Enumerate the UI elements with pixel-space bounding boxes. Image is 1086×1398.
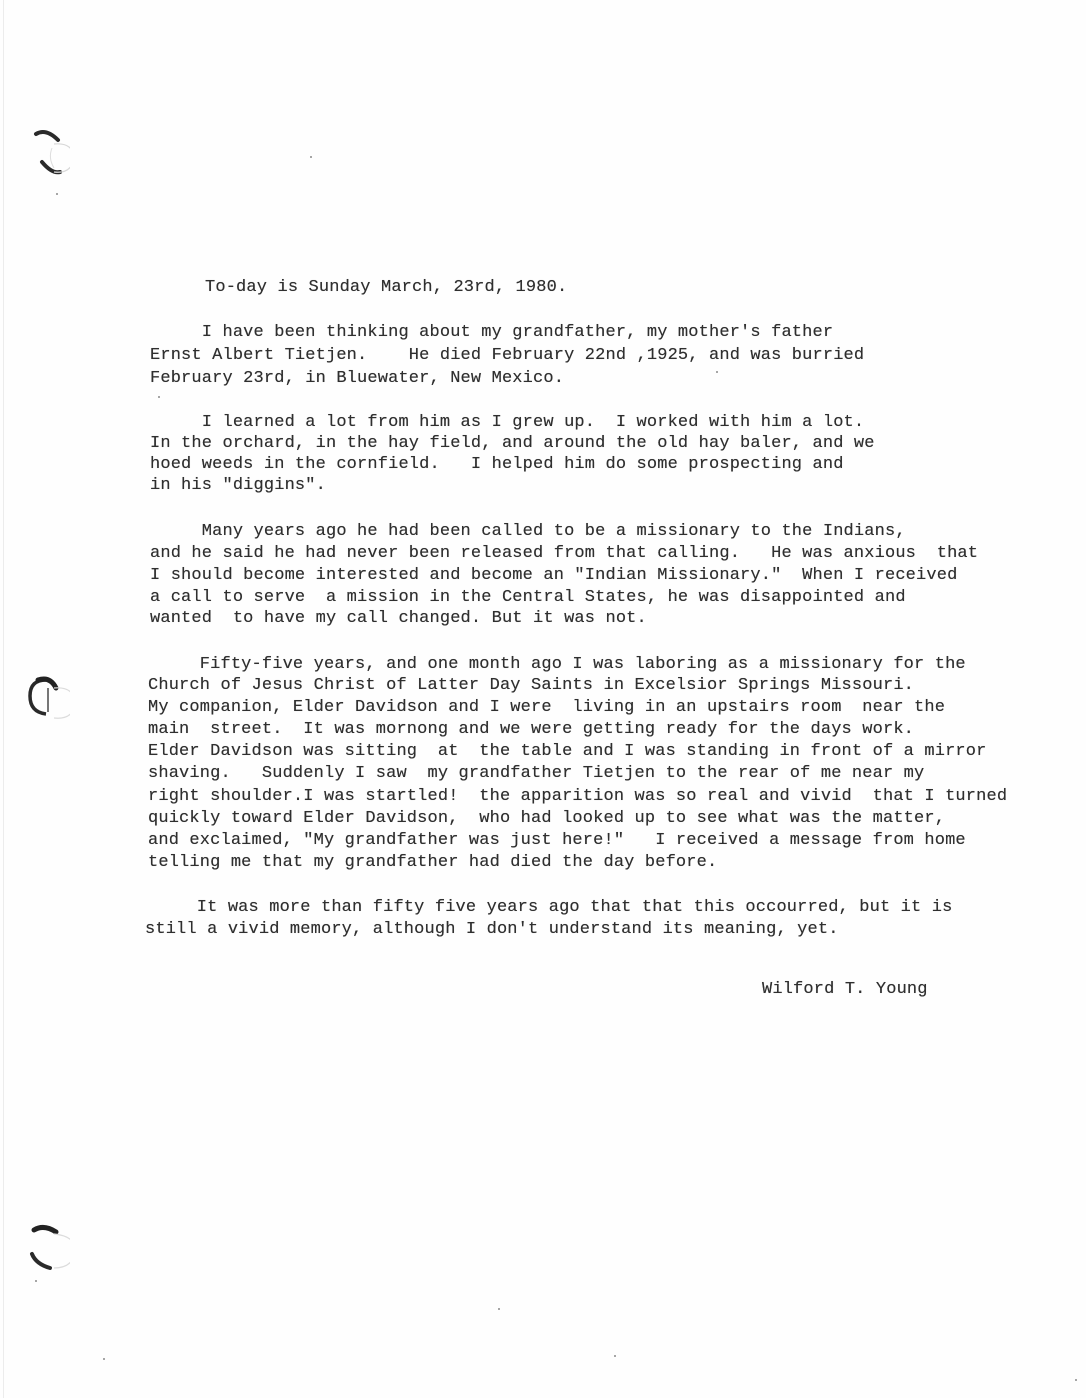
scan-speck [614,1355,616,1357]
text-line: Elder Davidson was sitting at the table … [148,742,986,762]
scan-speck [103,1358,105,1360]
text-line: February 23rd, in Bluewater, New Mexico. [150,369,564,389]
text-line: Church of Jesus Christ of Latter Day Sai… [148,676,914,696]
text-line: main street. It was mornong and we were … [148,720,914,740]
signature: Wilford T. Young [762,980,928,1000]
text-line: wanted to have my call changed. But it w… [150,609,647,629]
binder-hole-top-icon [14,120,70,176]
scan-speck [716,371,718,373]
text-line: In the orchard, in the hay field, and ar… [150,434,875,454]
text-line: Many years ago he had been called to be … [150,522,906,542]
text-line: hoed weeds in the cornfield. I helped hi… [150,455,844,475]
scan-speck [498,1308,500,1310]
text-line: Fifty-five years, and one month ago I wa… [148,655,966,675]
text-line: in his "diggins". [150,476,326,496]
text-line: and he said he had never been released f… [150,544,978,564]
scan-speck [1075,1379,1077,1381]
text-line: My companion, Elder Davidson and I were … [148,698,945,718]
page-edge-line [3,0,4,1398]
text-line: still a vivid memory, although I don't u… [145,920,839,940]
text-line: I learned a lot from him as I grew up. I… [150,413,864,433]
text-line: right shoulder.I was startled! the appar… [148,787,1007,807]
typewritten-letter-page: To-day is Sunday March, 23rd, 1980. I ha… [0,0,1086,1398]
scan-speck [310,156,312,158]
binder-hole-bottom-icon [14,1218,70,1274]
text-line: quickly toward Elder Davidson, who had l… [148,809,945,829]
text-line: Ernst Albert Tietjen. He died February 2… [150,346,864,366]
text-line: I should become interested and become an… [150,566,957,586]
text-line: a call to serve a mission in the Central… [150,588,906,608]
binder-hole-middle-icon [14,668,70,724]
scan-speck [158,396,160,398]
text-line: I have been thinking about my grandfathe… [150,323,833,343]
text-line: telling me that my grandfather had died … [148,853,717,873]
scan-speck [35,1280,37,1282]
text-line: shaving. Suddenly I saw my grandfather T… [148,764,924,784]
scan-speck [56,193,58,195]
text-line: and exclaimed, "My grandfather was just … [148,831,966,851]
text-line: It was more than fifty five years ago th… [145,898,952,918]
date-line: To-day is Sunday March, 23rd, 1980. [205,278,567,298]
